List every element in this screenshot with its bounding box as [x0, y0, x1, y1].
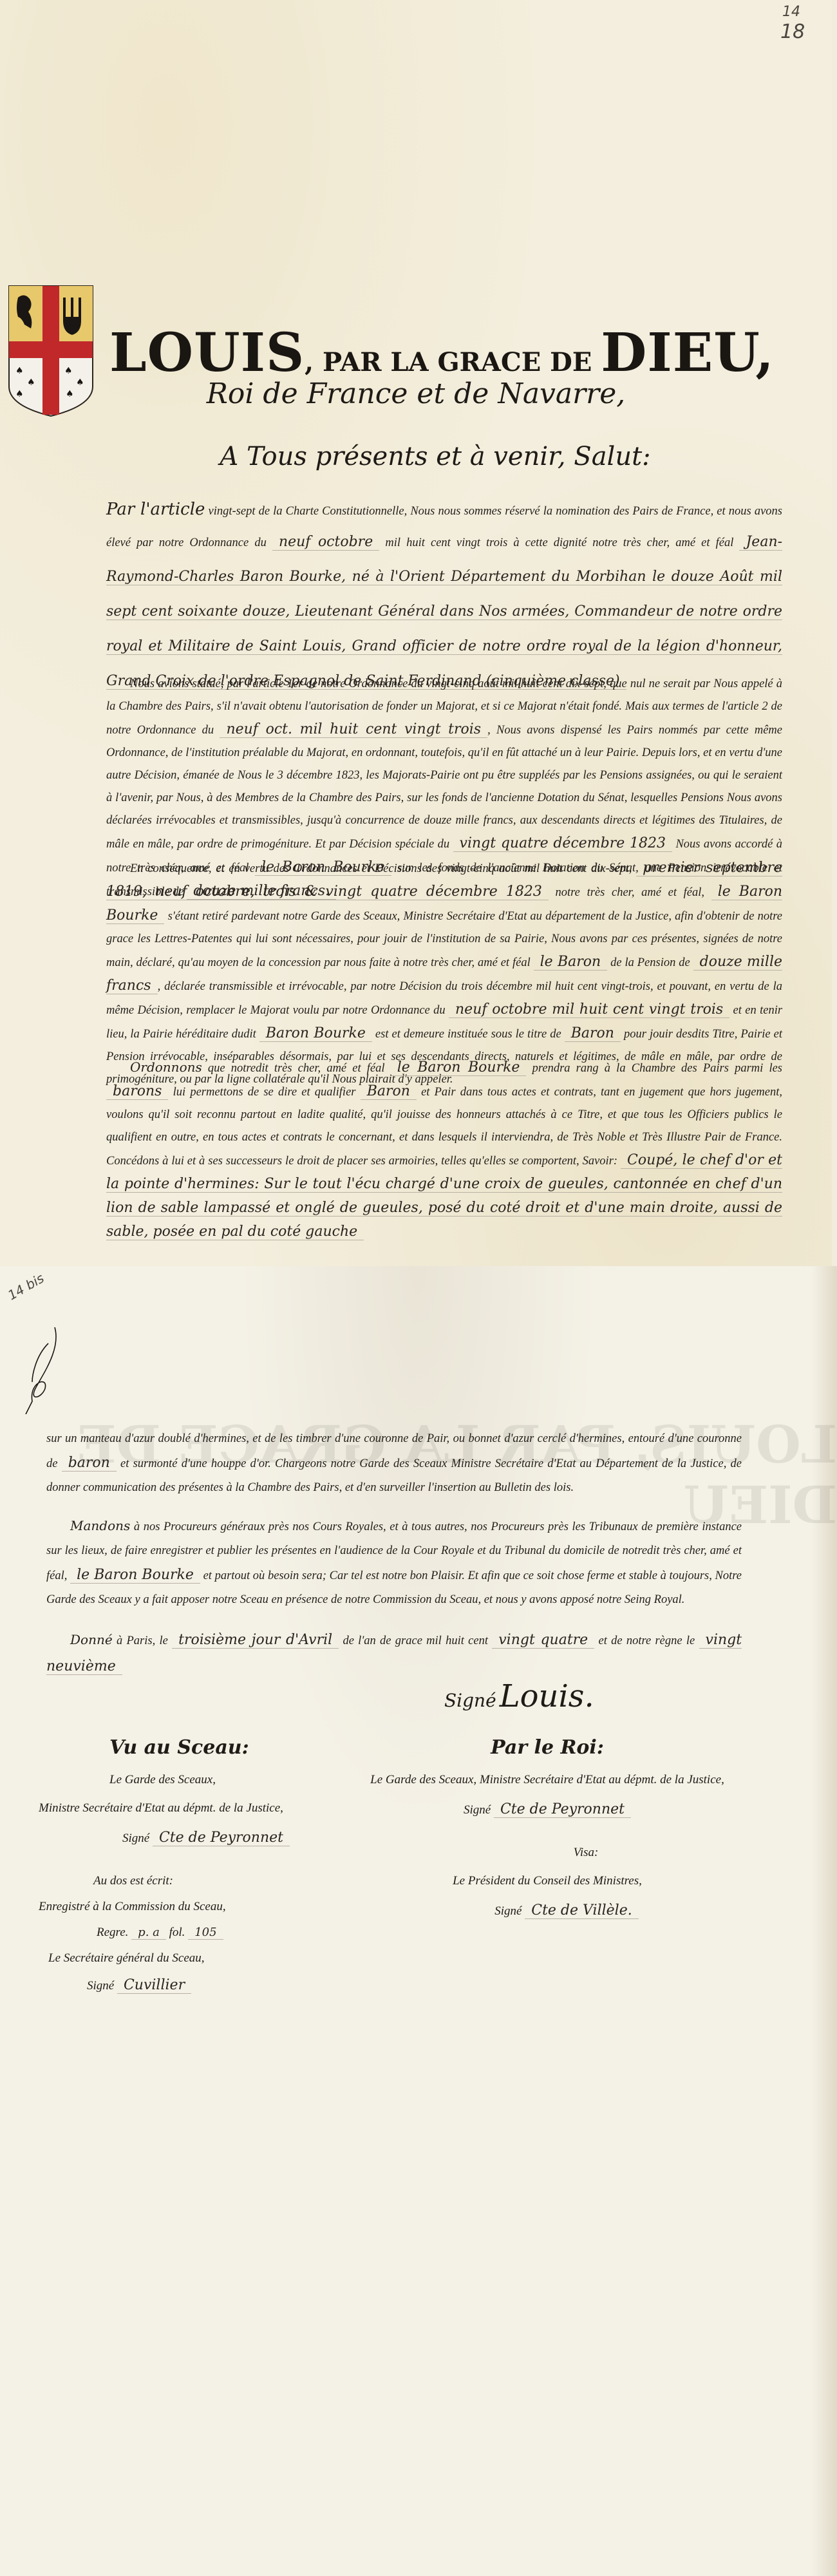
paragraph-text: de l'an de grace mil huit cent: [343, 1634, 488, 1647]
title-comma: ,: [755, 322, 775, 384]
signature-name: Cuvillier: [117, 1977, 191, 1994]
ordonnons-paragraph: Ordonnons que notredit très cher, amé et…: [106, 1056, 782, 1244]
signature-label: Signé: [464, 1803, 491, 1817]
page-title: LOUIS, PAR LA GRACE DE DIEU,: [109, 322, 818, 384]
handwritten-date: neuf octobre: [272, 534, 379, 551]
handwritten-name: Baron Bourke: [259, 1025, 372, 1042]
handwritten-date: neuf octobre mil huit cent vingt trois: [449, 1001, 729, 1018]
coat-of-arms-icon: ♠♠ ♠♠ ♠♠: [6, 283, 95, 419]
block-heading: Visa:: [412, 1846, 760, 1860]
paragraph-text: prendra rang à la Chambre des Pairs parm…: [532, 1062, 782, 1075]
donne-paragraph: Donné à Paris, le troisième jour d'Avril…: [46, 1627, 742, 1680]
preamble-paragraph: Par l'article vingt-sept de la Charte Co…: [106, 496, 782, 699]
handwritten-name: le Baron Bourke: [391, 1059, 527, 1076]
title-louis: LOUIS: [109, 322, 305, 384]
signature-name: Louis.: [500, 1678, 594, 1714]
svg-text:♠: ♠: [15, 366, 24, 376]
vu-au-sceau-block: Vu au Sceau: Le Garde des Sceaux, Minist…: [39, 1736, 322, 1993]
paragraph-text: que notredit très cher, amé et féal: [208, 1062, 385, 1075]
folio-number: 14: [782, 4, 800, 20]
paragraph-text: , Nous avons dispensé les Pairs nommés p…: [106, 724, 782, 851]
folio-number: 14 bis: [5, 1270, 46, 1303]
register-label: Regre.: [97, 1926, 128, 1939]
svg-text:♠: ♠: [27, 377, 35, 388]
block-line: Ministre Secrétaire d'Etat au dépmt. de …: [39, 1801, 322, 1815]
mandons-paragraph: Mandons à nos Procureurs généraux près n…: [46, 1514, 742, 1612]
signature-label: Signé: [494, 1904, 522, 1918]
svg-text:♠: ♠: [64, 366, 73, 376]
handwritten-rank: barons: [106, 1083, 168, 1100]
handwritten-name: le Baron: [534, 954, 608, 971]
armorial-paragraph: sur un manteau d'azur doublé d'hermines,…: [46, 1427, 742, 1500]
title-middle: , PAR LA GRACE DE: [305, 347, 601, 377]
paragraph-text: à Paris, le: [117, 1634, 168, 1647]
folio-mark: 18: [780, 21, 805, 43]
handwritten-name: le Baron Bourke: [70, 1567, 200, 1584]
block-heading: Au dos est écrit:: [93, 1874, 322, 1888]
letters-patent-page-1: 14 18 LOUIS, PAR LA GRACE DE DIEU, Roi d…: [0, 0, 832, 1266]
paragraph-text: est et demeure instituée sous le titre d…: [375, 1028, 561, 1041]
handwritten-rank: baron: [62, 1455, 117, 1472]
block-line: Enregistré à la Commission du Sceau,: [39, 1900, 322, 1914]
royal-signature: Signé Louis.: [444, 1678, 594, 1714]
signature-name: Cte de Villèle.: [525, 1902, 638, 1919]
paragraph-text: En conséquence, et en vertu des Ordonnan…: [130, 862, 632, 875]
royal-subtitle: Roi de France et de Navarre,: [0, 377, 832, 410]
paragraph-text: mil huit cent vingt trois à cette dignit…: [385, 536, 733, 549]
svg-text:♠: ♠: [15, 389, 24, 399]
paragraph-lead: Mandons: [70, 1518, 130, 1533]
paragraph-text: et de notre règne le: [598, 1634, 695, 1647]
paragraph-lead: Donné: [70, 1632, 113, 1647]
handwritten-title: Baron: [565, 1025, 621, 1042]
block-line: Le Garde des Sceaux,: [109, 1773, 322, 1787]
letters-patent-page-2: LOUIS, PAR LA GRACE DE DIEU 14 bis sur u…: [0, 1266, 837, 2576]
signature-label: Signé: [122, 1832, 149, 1845]
par-le-roi-block: Par le Roi: Le Garde des Sceaux, Ministr…: [335, 1736, 760, 1918]
handwritten-date: neuf oct. mil huit cent vingt trois: [220, 721, 487, 738]
paragraph-text: lui permettons de se dire et qualifier: [173, 1086, 356, 1099]
salutation: A Tous présents et à venir, Salut:: [39, 442, 832, 471]
block-line: Le Garde des Sceaux, Ministre Secrétaire…: [335, 1773, 760, 1787]
handwritten-title: Baron: [361, 1083, 417, 1100]
folio-label: fol.: [169, 1926, 185, 1939]
block-line: Le Secrétaire général du Sceau,: [48, 1951, 322, 1965]
signature-name: Cte de Peyronnet: [494, 1801, 631, 1818]
signature-label: Signé: [87, 1979, 114, 1993]
svg-text:♠: ♠: [66, 389, 74, 399]
signature-label: Signé: [444, 1690, 496, 1711]
handwritten-recipient: Jean-Raymond-Charles Baron Bourke, né à …: [106, 534, 782, 690]
paragraph-text: notre très cher, amé et féal,: [556, 886, 704, 899]
paragraph-lead: Par l'article: [106, 500, 205, 519]
paraph-flourish-icon: [23, 1324, 61, 1414]
register-value: p. a: [131, 1926, 166, 1940]
block-line: Le Président du Conseil des Ministres,: [335, 1874, 760, 1888]
block-heading: Vu au Sceau:: [109, 1736, 322, 1759]
block-heading: Par le Roi:: [335, 1736, 760, 1759]
handwritten-date: vingt quatre décembre 1823: [453, 835, 673, 852]
folio-value: 105: [188, 1926, 223, 1940]
paragraph-text: et surmonté d'une houppe d'or. Chargeons…: [46, 1457, 742, 1494]
title-dieu: DIEU: [601, 322, 755, 384]
svg-text:♠: ♠: [76, 377, 84, 388]
paragraph-text: de la Pension de: [610, 956, 690, 969]
paragraph-lead: Ordonnons: [130, 1059, 202, 1075]
signature-name: Cte de Peyronnet: [153, 1830, 290, 1846]
handwritten-date: troisième jour d'Avril: [172, 1632, 339, 1649]
handwritten-year: vingt quatre: [492, 1632, 594, 1649]
